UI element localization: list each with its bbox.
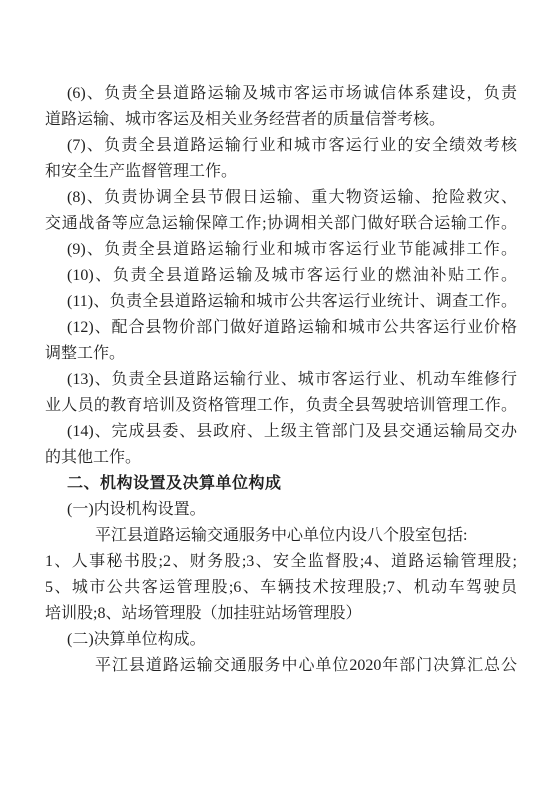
text-line: 1、人事秘书股;2、财务股;3、安全监督股;4、道路运输管理股; [45,549,517,575]
item-8: (8)、负责协调全县节假日运输、重大物资运输、抢险救灾、交通战备等应急运输保障工… [45,185,517,237]
item-10: (10)、负责全县道路运输及城市客运行业的燃油补贴工作。 [45,263,517,289]
document-page: (6)、负责全县道路运输及城市客运市场诚信体系建设，负责道路运输、城市客运及相关… [0,0,555,785]
subsection-1: (一)内设机构设置。 [45,497,517,523]
text-line: (14)、完成县委、县政府、上级主管部门及县交通运输局交办 [45,419,517,445]
item-12: (12)、配合县物价部门做好道路运输和城市公共客运行业价格调整工作。 [45,315,517,367]
text-line: 的其他工作。 [45,445,517,471]
item-9: (9)、负责全县道路运输行业和城市客运行业节能减排工作。 [45,237,517,263]
text-line: (8)、负责协调全县节假日运输、重大物资运输、抢险救灾、 [45,185,517,211]
text-line: 培训股;8、站场管理股（加挂驻站场管理股） [45,601,517,627]
text-line: 平江县道路运输交通服务中心单位2020年部门决算汇总公 [45,653,517,679]
text-line: (一)内设机构设置。 [45,497,517,523]
item-13: (13)、负责全县道路运输行业、城市客运行业、机动车维修行业人员的教育培训及资格… [45,367,517,419]
text-line: 调整工作。 [45,341,517,367]
text-line: (二)决算单位构成。 [45,627,517,653]
text-line: (10)、负责全县道路运输及城市客运行业的燃油补贴工作。 [45,263,517,289]
item-6: (6)、负责全县道路运输及城市客运市场诚信体系建设，负责道路运输、城市客运及相关… [45,81,517,133]
text-line: 道路运输、城市客运及相关业务经营者的质量信誉考核。 [45,107,517,133]
text-line: (9)、负责全县道路运输行业和城市客运行业节能减排工作。 [45,237,517,263]
item-11: (11)、负责全县道路运输和城市公共客运行业统计、调查工作。 [45,289,517,315]
summary-intro: 平江县道路运输交通服务中心单位2020年部门决算汇总公 [45,653,517,679]
text-line: 二、机构设置及决算单位构成 [45,471,517,497]
text-line: 和安全生产监督管理工作。 [45,159,517,185]
text-line: 业人员的教育培训及资格管理工作，负责全县驾驶培训管理工作。 [45,393,517,419]
subsection-2: (二)决算单位构成。 [45,627,517,653]
text-line: (13)、负责全县道路运输行业、城市客运行业、机动车维修行 [45,367,517,393]
dept-list: 1、人事秘书股;2、财务股;3、安全监督股;4、道路运输管理股;5、城市公共客运… [45,549,517,627]
text-line: (7)、负责全县道路运输行业和城市客运行业的安全绩效考核 [45,133,517,159]
text-line: 交通战备等应急运输保障工作;协调相关部门做好联合运输工作。 [45,211,517,237]
org-intro: 平江县道路运输交通服务中心单位内设八个股室包括: [45,523,517,549]
section-heading: 二、机构设置及决算单位构成 [45,471,517,497]
text-line: 平江县道路运输交通服务中心单位内设八个股室包括: [45,523,517,549]
text-line: 5、城市公共客运管理股;6、车辆技术按理股;7、机动车驾驶员 [45,575,517,601]
text-line: (12)、配合县物价部门做好道路运输和城市公共客运行业价格 [45,315,517,341]
text-line: (11)、负责全县道路运输和城市公共客运行业统计、调查工作。 [45,289,517,315]
item-7: (7)、负责全县道路运输行业和城市客运行业的安全绩效考核和安全生产监督管理工作。 [45,133,517,185]
text-line: (6)、负责全县道路运输及城市客运市场诚信体系建设，负责 [45,81,517,107]
item-14: (14)、完成县委、县政府、上级主管部门及县交通运输局交办的其他工作。 [45,419,517,471]
